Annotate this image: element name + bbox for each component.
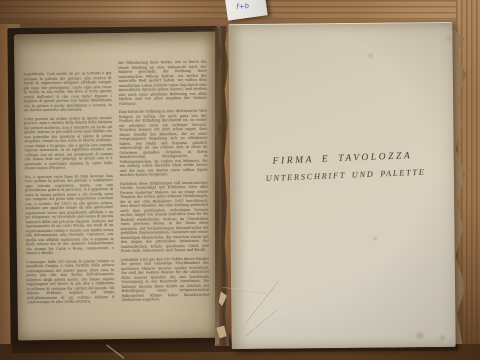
- paragraph: Jedenfalls wird aus den 150 Tafeln diese…: [121, 256, 210, 302]
- paragraph: Poi, a sportare varie linee di climi lav…: [25, 174, 114, 256]
- half-title: FIRMA E TAVOLOZZA UNTERSCHRIFT UND PALET…: [257, 151, 428, 184]
- paragraph: Eine kritische Ordnung in eine dichteris…: [119, 109, 208, 178]
- italian-column: superficiale. Così anella un po' ai tori…: [23, 61, 114, 309]
- paragraph: Nachdem diese Erfahrungen voll misstraui…: [120, 180, 209, 253]
- title-german: UNTERSCHRIFT UND PALETTE: [263, 168, 428, 184]
- left-page: superficiale. Così anella un po' ai tori…: [14, 32, 220, 341]
- text-columns: superficiale. Così anella un po' ai tori…: [23, 60, 212, 309]
- paragraph: Comunque, dalle 150 tavole di questo vol…: [26, 259, 115, 305]
- book-photo: superficiale. Così anella un po' ai tori…: [0, 0, 480, 360]
- paragraph: die Offenbarung ihrer Werke, wie es durc…: [118, 60, 207, 106]
- slip-handwriting: f+b: [236, 2, 249, 11]
- paragraph: superficiale. Così anella un po' ai tori…: [23, 71, 112, 113]
- german-column: die Offenbarung ihrer Werke, wie es durc…: [118, 60, 209, 308]
- gutter-binding: [215, 28, 219, 344]
- title-italian: FIRMA E TAVOLOZZA: [257, 151, 427, 168]
- paragraph: Voler portare un ordine critico in quest…: [24, 116, 113, 171]
